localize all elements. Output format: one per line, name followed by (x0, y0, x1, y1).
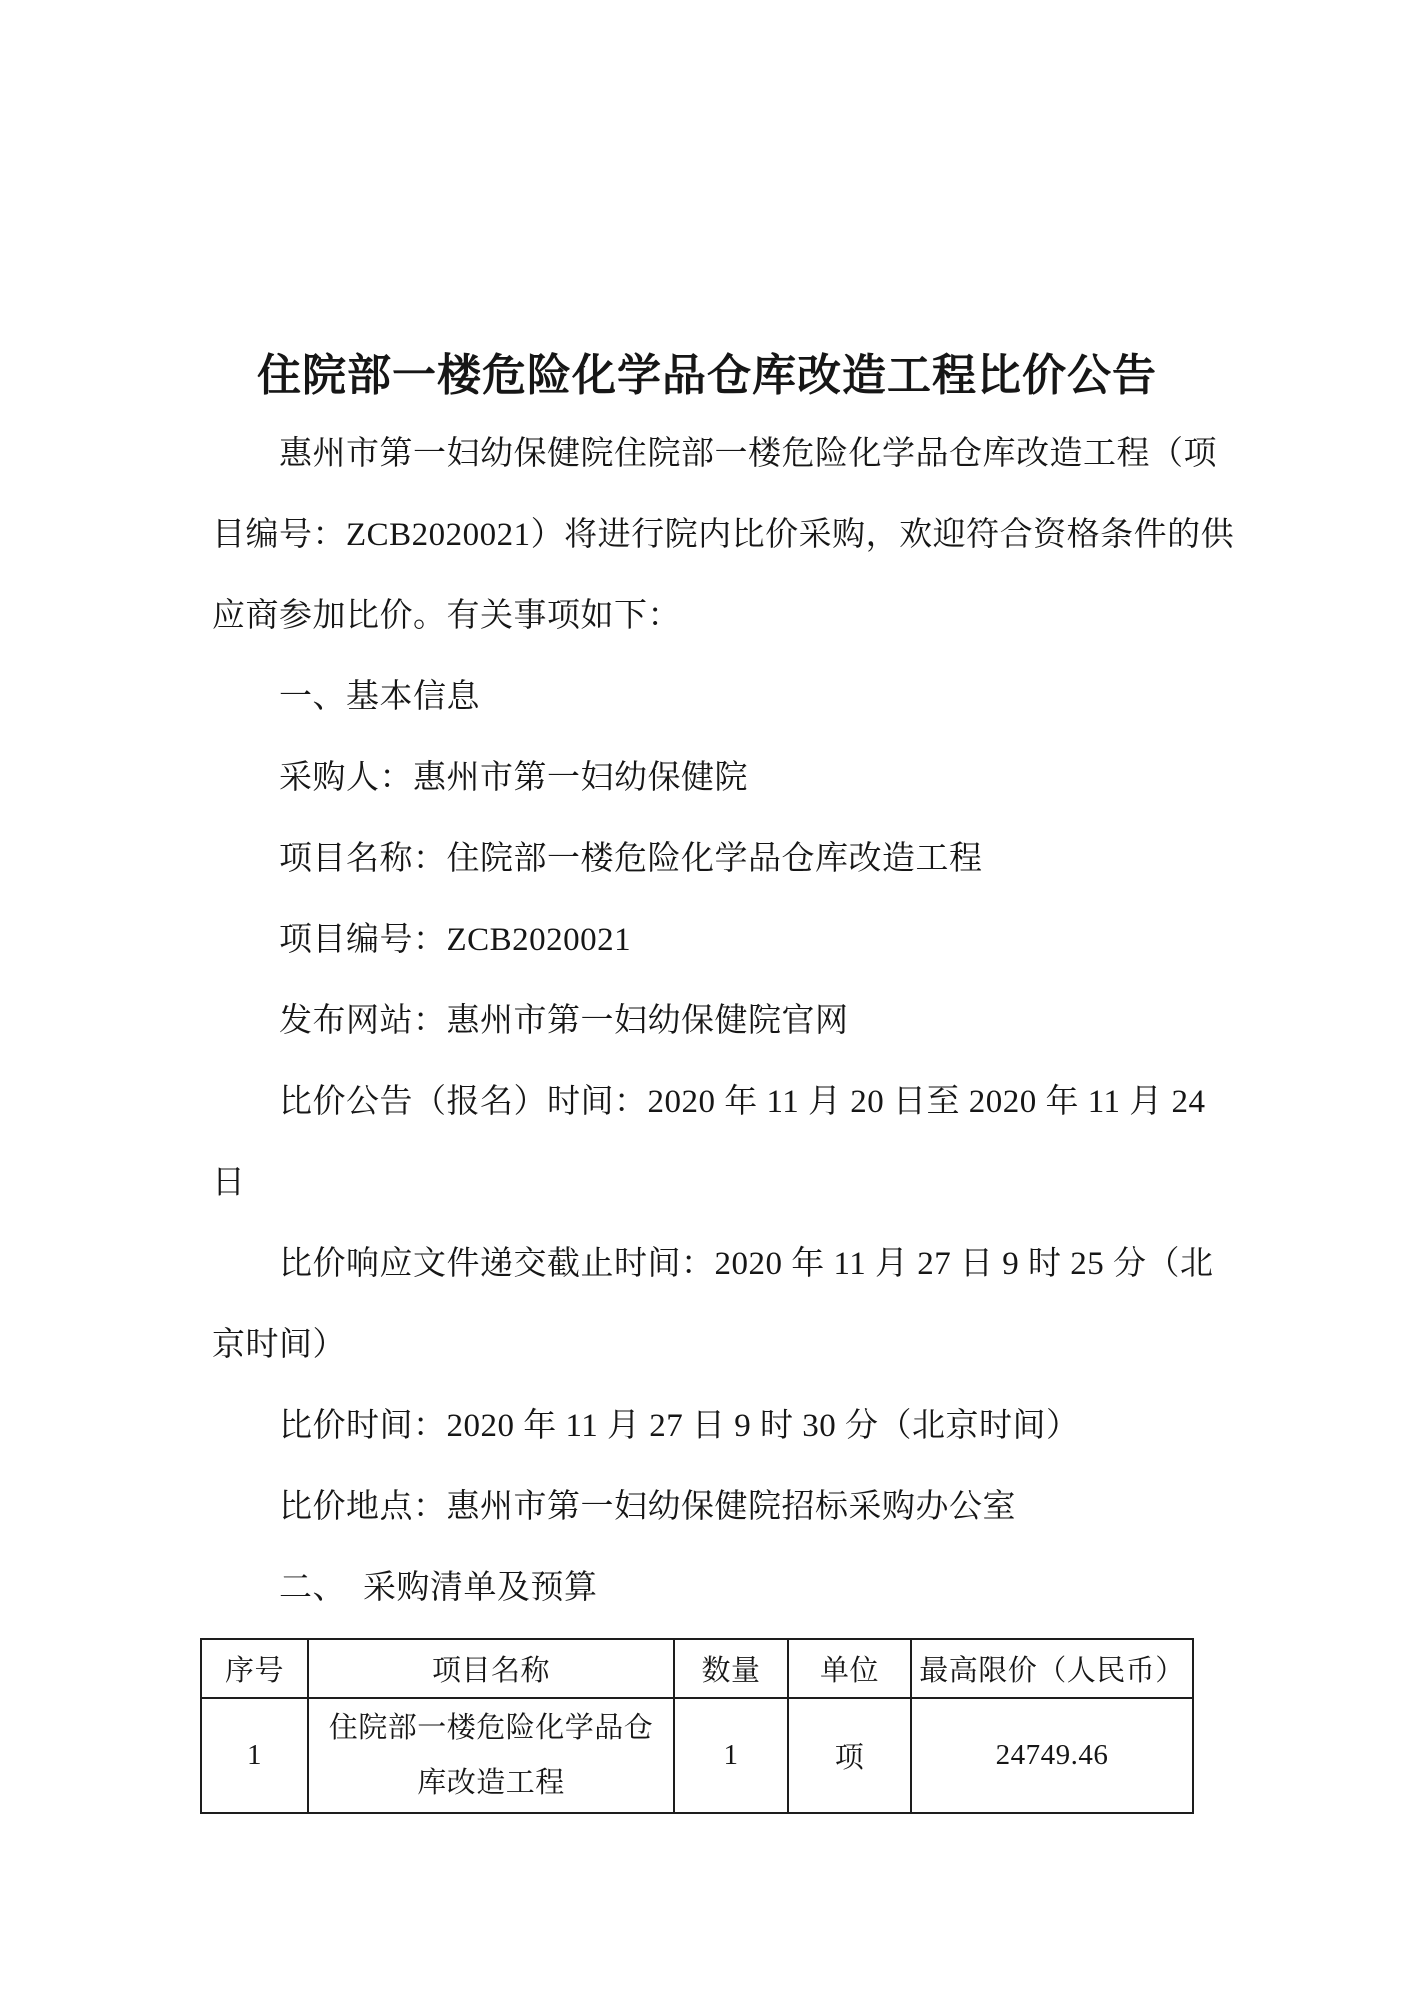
header-unit: 单位 (788, 1639, 911, 1698)
field-project-name: 项目名称：住院部一楼危险化学品仓库改造工程 (212, 819, 1206, 900)
document-body: 惠州市第一妇幼保健院住院部一楼危险化学品仓库改造工程（项 目编号：ZCB2020… (212, 414, 1206, 1629)
project-name-line-2: 库改造工程 (309, 1756, 673, 1811)
heading-basic-info: 一、基本信息 (212, 657, 1206, 738)
procurement-table: 序号 项目名称 数量 单位 最高限价（人民币） 1 住院部一楼危险化学品仓 库改… (200, 1638, 1194, 1814)
field-price-comparison-place: 比价地点：惠州市第一妇幼保健院招标采购办公室 (212, 1467, 1206, 1548)
field-project-number: 项目编号：ZCB2020021 (212, 900, 1206, 981)
field-submission-deadline-line-2: 京时间） (212, 1305, 1206, 1386)
table-header-row: 序号 项目名称 数量 单位 最高限价（人民币） (201, 1639, 1193, 1698)
table-row: 1 住院部一楼危险化学品仓 库改造工程 1 项 24749.46 (201, 1698, 1193, 1813)
document-page: 住院部一楼危险化学品仓库改造工程比价公告 惠州市第一妇幼保健院住院部一楼危险化学… (0, 0, 1414, 1999)
field-announcement-time-line-1: 比价公告（报名）时间：2020 年 11 月 20 日至 2020 年 11 月… (212, 1062, 1206, 1143)
cell-serial-number: 1 (201, 1698, 308, 1813)
intro-line-3: 应商参加比价。有关事项如下： (212, 576, 1206, 657)
intro-line-2: 目编号：ZCB2020021）将进行院内比价采购，欢迎符合资格条件的供 (212, 495, 1206, 576)
field-announcement-time-line-2: 日 (212, 1143, 1206, 1224)
field-publish-website: 发布网站：惠州市第一妇幼保健院官网 (212, 981, 1206, 1062)
header-serial-number: 序号 (201, 1639, 308, 1698)
field-purchaser: 采购人：惠州市第一妇幼保健院 (212, 738, 1206, 819)
cell-quantity: 1 (674, 1698, 788, 1813)
cell-max-price: 24749.46 (911, 1698, 1193, 1813)
header-quantity: 数量 (674, 1639, 788, 1698)
cell-project-name: 住院部一楼危险化学品仓 库改造工程 (308, 1698, 674, 1813)
header-max-price: 最高限价（人民币） (911, 1639, 1193, 1698)
cell-unit: 项 (788, 1698, 911, 1813)
header-project-name: 项目名称 (308, 1639, 674, 1698)
heading-procurement-list: 二、 采购清单及预算 (212, 1548, 1206, 1629)
field-submission-deadline-line-1: 比价响应文件递交截止时间：2020 年 11 月 27 日 9 时 25 分（北 (212, 1224, 1206, 1305)
intro-line-1: 惠州市第一妇幼保健院住院部一楼危险化学品仓库改造工程（项 (212, 414, 1206, 495)
project-name-line-1: 住院部一楼危险化学品仓 (309, 1701, 673, 1756)
field-price-comparison-time: 比价时间：2020 年 11 月 27 日 9 时 30 分（北京时间） (212, 1386, 1206, 1467)
page-title: 住院部一楼危险化学品仓库改造工程比价公告 (0, 348, 1414, 404)
